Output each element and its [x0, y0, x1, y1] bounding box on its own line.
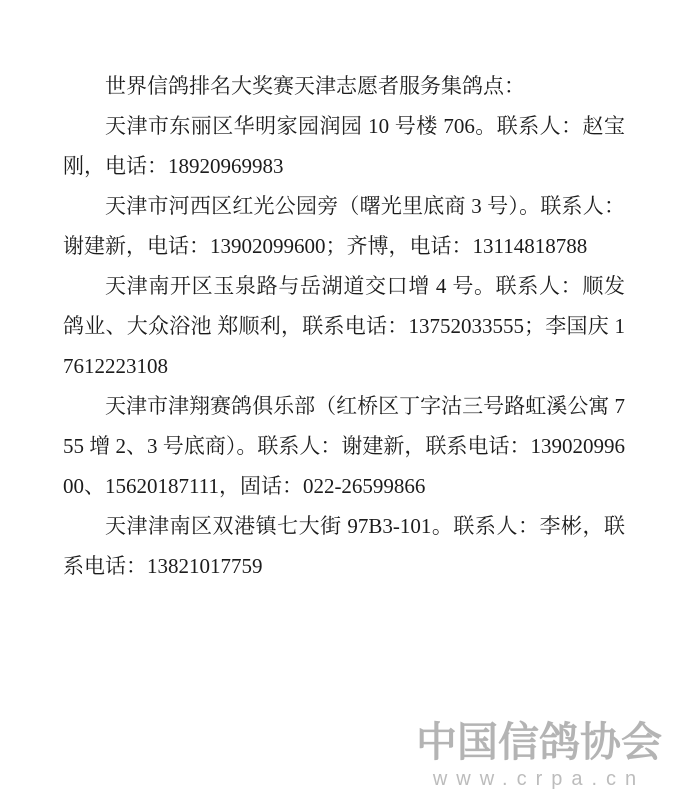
- paragraph-dongli-point: 天津市东丽区华明家园润园 10 号楼 706。联系人：赵宝刚，电话：189209…: [63, 106, 625, 186]
- paragraph-jinnan-point: 天津津南区双港镇七大街 97B3-101。联系人：李彬，联系电话：1382101…: [63, 506, 625, 586]
- watermark: 中国信鸽协会 www.crpa.cn: [416, 719, 662, 791]
- watermark-url-text: www.crpa.cn: [416, 767, 662, 791]
- paragraph-nankai-point: 天津南开区玉泉路与岳湖道交口增 4 号。联系人：顺发鸽业、大众浴池 郑顺利，联系…: [63, 266, 625, 386]
- paragraph-jinxiang-club-point: 天津市津翔赛鸽俱乐部（红桥区丁字沽三号路虹溪公寓 755 增 2、3 号底商）。…: [63, 386, 625, 506]
- watermark-logo-text: 中国信鸽协会: [416, 719, 662, 765]
- text-block: 世界信鸽排名大奖赛天津志愿者服务集鸽点： 天津市东丽区华明家园润园 10 号楼 …: [63, 66, 625, 586]
- heading: 世界信鸽排名大奖赛天津志愿者服务集鸽点：: [63, 66, 625, 106]
- paragraph-hexi-point: 天津市河西区红光公园旁（曙光里底商 3 号）。联系人：谢建新，电话：139020…: [63, 186, 625, 266]
- document-page: 世界信鸽排名大奖赛天津志愿者服务集鸽点： 天津市东丽区华明家园润园 10 号楼 …: [0, 0, 688, 805]
